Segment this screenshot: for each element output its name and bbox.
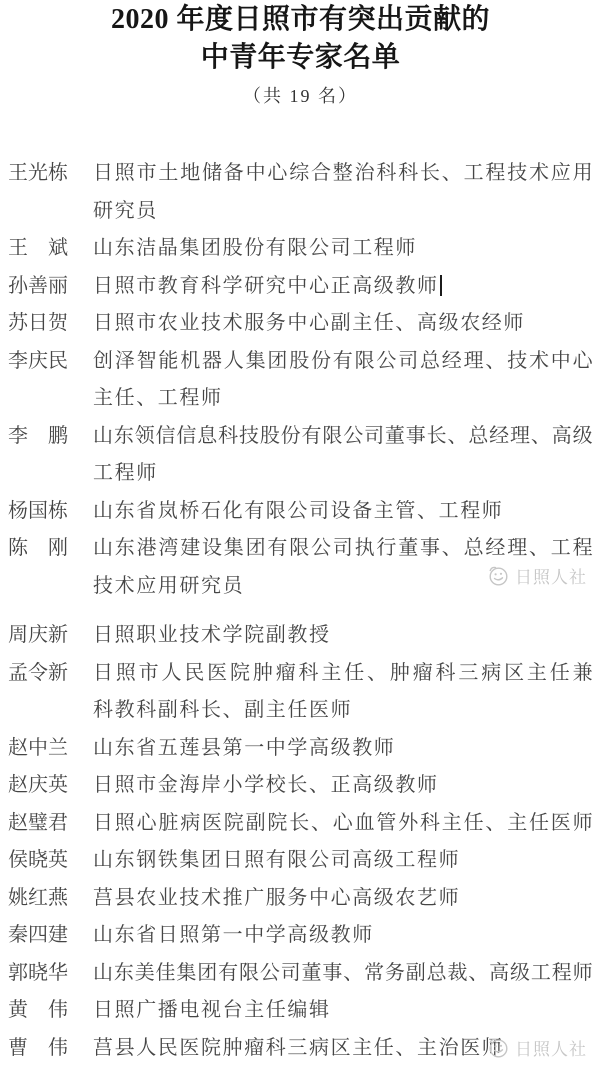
expert-title: 山东领信信息科技股份有限公司董事长、总经理、高级工程师 xyxy=(70,418,601,493)
expert-title-line: 创泽智能机器人集团股份有限公司总经理、技术中心 xyxy=(93,343,593,381)
expert-title-line: 莒县农业技术推广服务中心高级农艺师 xyxy=(93,880,593,918)
expert-title-line: 山东钢铁集团日照有限公司高级工程师 xyxy=(93,842,593,880)
expert-list: 王光栋 日照市土地储备中心综合整治科科长、工程技术应用研究员 王 斌 山东洁晶集… xyxy=(0,155,601,1067)
expert-count-subtitle: （共 19 名） xyxy=(0,83,601,109)
expert-title-line: 山东美佳集团有限公司董事、常务副总裁、高级工程师 xyxy=(93,955,593,993)
expert-name: 杨国栋 xyxy=(0,493,70,531)
expert-row: 杨国栋 山东省岚桥石化有限公司设备主管、工程师 xyxy=(0,493,601,531)
expert-title-line: 日照市金海岸小学校长、正高级教师 xyxy=(93,767,593,805)
expert-row: 李 鹏 山东领信信息科技股份有限公司董事长、总经理、高级工程师 xyxy=(0,418,601,493)
expert-title: 山东省日照第一中学高级教师 xyxy=(70,917,601,955)
expert-row: 王光栋 日照市土地储备中心综合整治科科长、工程技术应用研究员 xyxy=(0,155,601,230)
expert-title: 山东洁晶集团股份有限公司工程师 xyxy=(70,230,601,268)
expert-name: 李庆民 xyxy=(0,343,70,381)
text-cursor xyxy=(440,275,442,296)
expert-row: 黄 伟 日照广播电视台主任编辑 xyxy=(0,992,601,1030)
expert-name: 赵璧君 xyxy=(0,805,70,843)
expert-title-line: 主任、工程师 xyxy=(93,380,593,418)
expert-row: 赵庆英 日照市金海岸小学校长、正高级教师 xyxy=(0,767,601,805)
expert-title: 山东钢铁集团日照有限公司高级工程师 xyxy=(70,842,601,880)
expert-name: 孟令新 xyxy=(0,655,70,693)
watermark-label: 日照人社 xyxy=(515,563,587,588)
expert-title-line: 日照市教育科学研究中心正高级教师 xyxy=(93,268,593,306)
expert-row: 李庆民 创泽智能机器人集团股份有限公司总经理、技术中心主任、工程师 xyxy=(0,343,601,418)
expert-name: 陈 刚 xyxy=(0,530,70,568)
expert-name: 赵中兰 xyxy=(0,730,70,768)
expert-title-line: 工程师 xyxy=(93,455,593,493)
expert-title: 日照市金海岸小学校长、正高级教师 xyxy=(70,767,601,805)
page-title-line2: 中青年专家名单 xyxy=(0,39,601,77)
expert-title-line: 山东洁晶集团股份有限公司工程师 xyxy=(93,230,593,268)
expert-title: 日照广播电视台主任编辑 xyxy=(70,992,601,1030)
expert-name: 王光栋 xyxy=(0,155,70,193)
expert-name: 李 鹏 xyxy=(0,418,70,456)
expert-title: 日照市教育科学研究中心正高级教师 xyxy=(70,268,601,306)
expert-title-line: 科教科副科长、副主任医师 xyxy=(93,692,593,730)
expert-title: 日照市农业技术服务中心副主任、高级农经师 xyxy=(70,305,601,343)
expert-title: 日照职业技术学院副教授 xyxy=(70,617,601,655)
watermark-logo-icon xyxy=(487,564,510,587)
expert-title: 山东美佳集团有限公司董事、常务副总裁、高级工程师 xyxy=(70,955,601,993)
expert-name: 曹 伟 xyxy=(0,1030,70,1068)
expert-title-line: 山东领信信息科技股份有限公司董事长、总经理、高级 xyxy=(93,418,593,456)
expert-name: 赵庆英 xyxy=(0,767,70,805)
expert-title: 日照心脏病医院副院长、心血管外科主任、主任医师 xyxy=(70,805,601,843)
expert-name: 苏日贺 xyxy=(0,305,70,343)
watermark-rizhao-renshe-top: 日照人社 xyxy=(487,563,587,588)
expert-title: 山东省岚桥石化有限公司设备主管、工程师 xyxy=(70,493,601,531)
watermark-rizhao-renshe-bottom: 日照人社 xyxy=(487,1035,587,1060)
expert-name: 侯晓英 xyxy=(0,842,70,880)
expert-title-line: 日照职业技术学院副教授 xyxy=(93,617,593,655)
expert-title-line: 山东港湾建设集团有限公司执行董事、总经理、工程 xyxy=(93,530,593,568)
expert-row: 秦四建 山东省日照第一中学高级教师 xyxy=(0,917,601,955)
expert-title-line: 日照广播电视台主任编辑 xyxy=(93,992,593,1030)
expert-title: 日照市人民医院肿瘤科主任、肿瘤科三病区主任兼科教科副科长、副主任医师 xyxy=(70,655,601,730)
page-title: 2020 年度日照市有突出贡献的 中青年专家名单 xyxy=(0,1,601,77)
expert-title-line: 山东省五莲县第一中学高级教师 xyxy=(93,730,593,768)
expert-title-line: 日照市农业技术服务中心副主任、高级农经师 xyxy=(93,305,593,343)
expert-title-line: 山东省岚桥石化有限公司设备主管、工程师 xyxy=(93,493,593,531)
expert-row: 苏日贺 日照市农业技术服务中心副主任、高级农经师 xyxy=(0,305,601,343)
expert-row: 孙善丽 日照市教育科学研究中心正高级教师 xyxy=(0,268,601,306)
expert-name: 黄 伟 xyxy=(0,992,70,1030)
expert-title-line: 研究员 xyxy=(93,193,593,231)
expert-title-line: 日照市人民医院肿瘤科主任、肿瘤科三病区主任兼 xyxy=(93,655,593,693)
expert-row: 郭晓华 山东美佳集团有限公司董事、常务副总裁、高级工程师 xyxy=(0,955,601,993)
expert-row: 侯晓英 山东钢铁集团日照有限公司高级工程师 xyxy=(0,842,601,880)
document-header: 2020 年度日照市有突出贡献的 中青年专家名单 （共 19 名） xyxy=(0,1,601,109)
expert-title-line: 日照心脏病医院副院长、心血管外科主任、主任医师 xyxy=(93,805,593,843)
expert-name: 周庆新 xyxy=(0,617,70,655)
expert-title: 山东省五莲县第一中学高级教师 xyxy=(70,730,601,768)
expert-name: 姚红燕 xyxy=(0,880,70,918)
expert-name: 王 斌 xyxy=(0,230,70,268)
expert-name: 孙善丽 xyxy=(0,268,70,306)
expert-row: 姚红燕 莒县农业技术推广服务中心高级农艺师 xyxy=(0,880,601,918)
watermark-logo-icon xyxy=(487,1036,510,1059)
expert-row: 孟令新 日照市人民医院肿瘤科主任、肿瘤科三病区主任兼科教科副科长、副主任医师 xyxy=(0,655,601,730)
expert-name: 郭晓华 xyxy=(0,955,70,993)
expert-row: 周庆新 日照职业技术学院副教授 xyxy=(0,617,601,655)
expert-title: 日照市土地储备中心综合整治科科长、工程技术应用研究员 xyxy=(70,155,601,230)
watermark-label: 日照人社 xyxy=(515,1035,587,1060)
expert-row: 赵璧君 日照心脏病医院副院长、心血管外科主任、主任医师 xyxy=(0,805,601,843)
expert-row: 赵中兰 山东省五莲县第一中学高级教师 xyxy=(0,730,601,768)
expert-row: 王 斌 山东洁晶集团股份有限公司工程师 xyxy=(0,230,601,268)
page-title-line1: 2020 年度日照市有突出贡献的 xyxy=(0,1,601,39)
expert-title-line: 日照市土地储备中心综合整治科科长、工程技术应用 xyxy=(93,155,593,193)
expert-name: 秦四建 xyxy=(0,917,70,955)
expert-title: 莒县农业技术推广服务中心高级农艺师 xyxy=(70,880,601,918)
expert-title-line: 山东省日照第一中学高级教师 xyxy=(93,917,593,955)
expert-title: 创泽智能机器人集团股份有限公司总经理、技术中心主任、工程师 xyxy=(70,343,601,418)
